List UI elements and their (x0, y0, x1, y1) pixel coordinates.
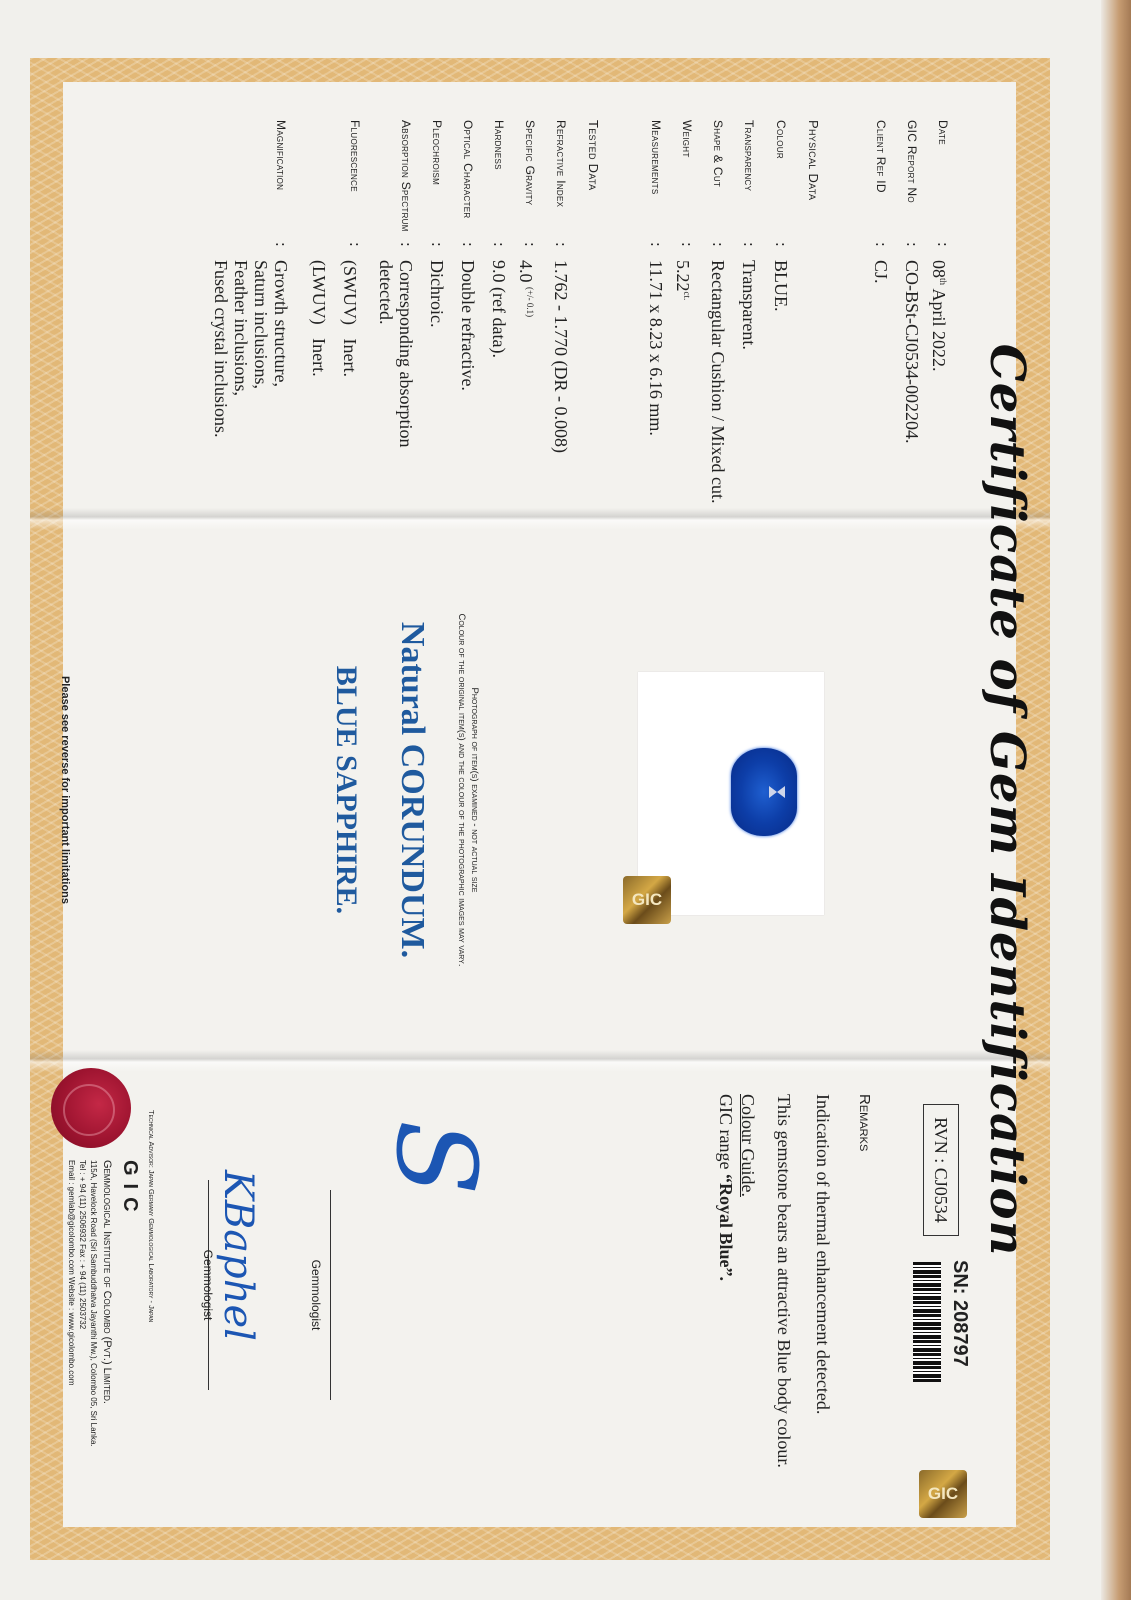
gemmologist-label-1: Gemmologist (309, 1195, 323, 1395)
client-ref-value: CJ. (871, 260, 891, 284)
gic-hologram-icon: GIC (623, 876, 671, 924)
certificate-title: Certificate of Gem Identification (979, 0, 1035, 1600)
institute-name: Gemmological Institute of Colombo (Pvt.)… (101, 1160, 113, 1404)
species-name: Natural CORUNDUM. (393, 560, 431, 1020)
remark-line: Indication of thermal enhancement detect… (812, 1094, 833, 1414)
gic-hologram-icon: GIC (919, 1470, 967, 1518)
gemmologist-signature-2: KBaphel (215, 1170, 261, 1341)
colour-guide-value: GIC range “Royal Blue”. (715, 1094, 736, 1281)
gemmologist-signature-1: S (381, 1120, 491, 1195)
physical-data-heading: Physical Data (806, 120, 821, 200)
report-no-label: GIC Report No (905, 120, 919, 240)
photo-caption: Photograph of item(s) examined - not act… (455, 560, 481, 1020)
institute-contact: Tel : + 94 (11) 2506932 Fax : + 94 (11) … (78, 1160, 87, 1329)
institute-web: Email : gemlab@gicolombo.com Website : w… (67, 1160, 76, 1385)
variety-name: BLUE SAPPHIRE. (329, 560, 363, 1020)
institute-address: 115A, Havelock Road (Sri Sambuddhatva Ja… (89, 1160, 98, 1447)
limitations-note: Please see reverse for important limitat… (59, 650, 71, 930)
certificate-sheet: Certificate of Gem Identification Date :… (0, 0, 1131, 1600)
fold-line (30, 508, 1050, 530)
rvn-box: RVN : CJ0534 (923, 1104, 959, 1236)
signature-line (330, 1190, 331, 1400)
barcode (913, 1262, 941, 1382)
technical-advisor: Technical Advisor: Japan Germany Gemmolo… (147, 1110, 156, 1322)
blue-sapphire-photo (731, 748, 797, 836)
tested-data-heading: Tested Data (586, 120, 601, 190)
wax-seal (51, 1068, 131, 1148)
gemmologist-label-2: Gemmologist (201, 1185, 215, 1385)
client-ref-label: Client Ref ID (874, 120, 888, 240)
report-no-value: CO-BSt-CJ0534-002204. (902, 260, 922, 444)
gic-logo-text: GIC (118, 1160, 141, 1220)
serial-number: SN: 208797 (948, 1260, 971, 1367)
colour-guide-label: Colour Guide. (737, 1094, 758, 1197)
remark-line: This gemstone bears an attractive Blue b… (773, 1094, 794, 1468)
date-label: Date (936, 120, 950, 240)
remarks-heading: Remarks (856, 1094, 873, 1151)
page-edge (1101, 0, 1131, 1600)
fold-line (30, 1050, 1050, 1072)
date-value: 08th April 2022. (929, 260, 953, 372)
